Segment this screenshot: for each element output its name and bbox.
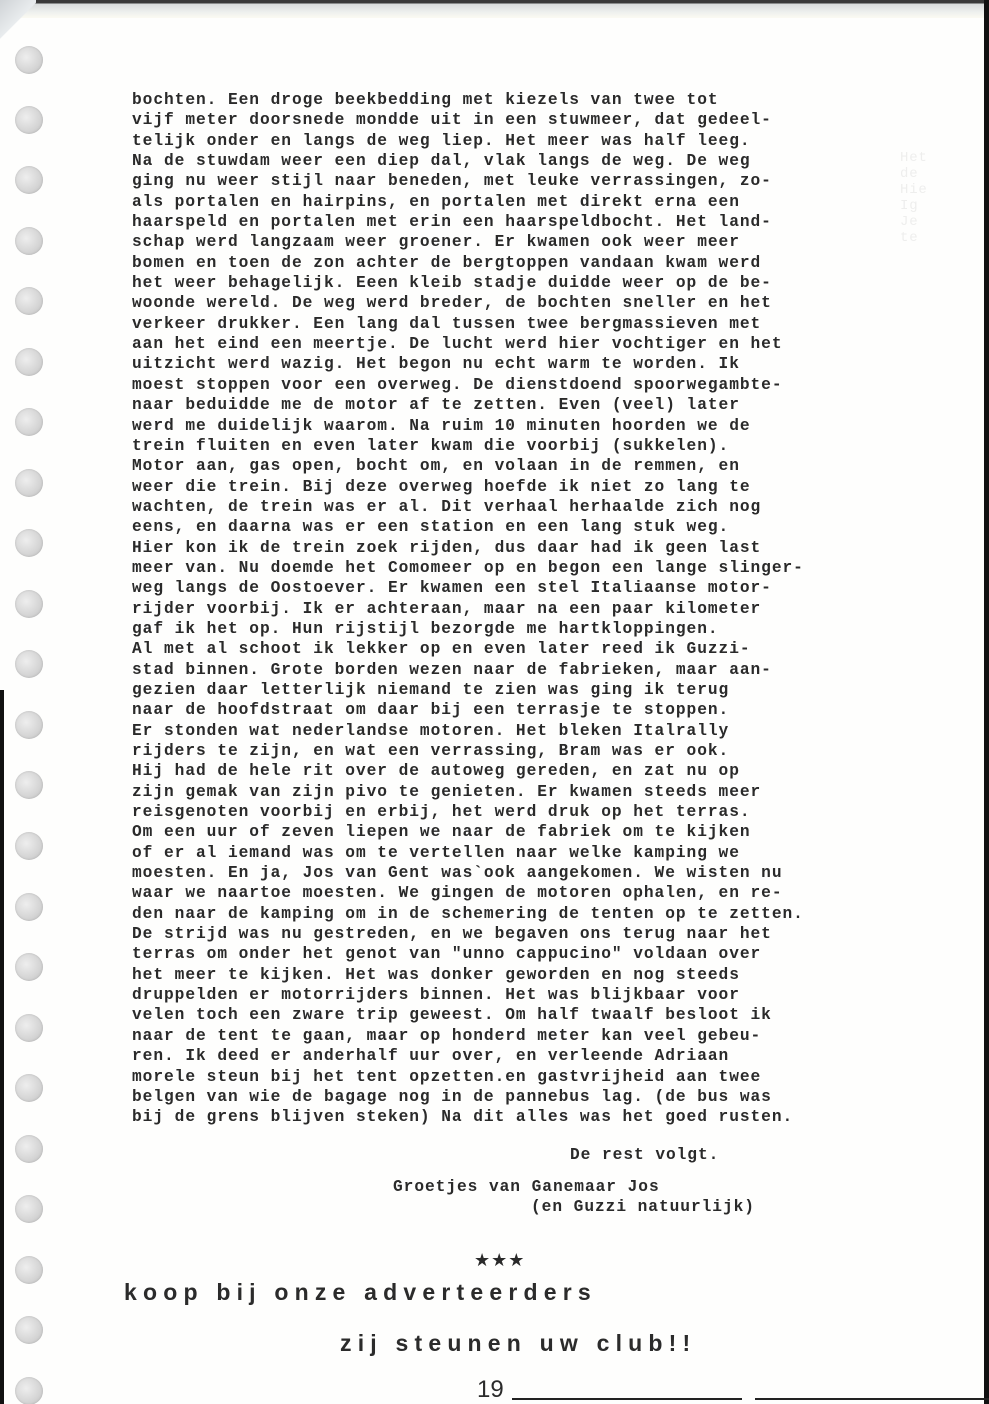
advertiser-slogan: koop bij onze adverteerders xyxy=(124,1279,597,1306)
body-line: rijders te zijn, en wat een verrassing, … xyxy=(132,741,922,761)
body-line: schap werd langzaam weer groener. Er kwa… xyxy=(132,232,922,252)
body-line: Hier kon ik de trein zoek rijden, dus da… xyxy=(132,538,922,558)
body-line: telijk onder en langs de weg liep. Het m… xyxy=(132,131,922,151)
body-line: trein fluiten en even later kwam die voo… xyxy=(132,436,922,456)
body-line: bochten. Een droge beekbedding met kieze… xyxy=(132,90,922,110)
page-number: 19 xyxy=(477,1376,504,1404)
binder-hole-icon xyxy=(15,1014,43,1042)
body-line: aan het eind een meertje. De lucht werd … xyxy=(132,334,922,354)
body-line: terras om onder het genot van "unno capp… xyxy=(132,944,922,964)
scan-top-edge xyxy=(0,0,989,18)
body-line: druppelden er motorrijders binnen. Het w… xyxy=(132,985,922,1005)
body-line: zijn gemak van zijn pivo te genieten. Er… xyxy=(132,782,922,802)
scan-left-edge xyxy=(0,690,4,1404)
body-line: Om een uur of zeven liepen we naar de fa… xyxy=(132,822,922,842)
binder-hole-icon xyxy=(15,771,43,799)
body-line: moest stoppen voor een overweg. De diens… xyxy=(132,375,922,395)
binder-hole-icon xyxy=(15,1195,43,1223)
page-corner-fold xyxy=(0,0,36,40)
signature-line-1: Groetjes van Ganemaar Jos xyxy=(393,1178,660,1196)
body-line: stad binnen. Grote borden wezen naar de … xyxy=(132,660,922,680)
body-line: uitzicht werd wazig. Het begon nu echt w… xyxy=(132,354,922,374)
body-line: Er stonden wat nederlandse motoren. Het … xyxy=(132,721,922,741)
body-line: vijf meter doorsnede mondde uit in een s… xyxy=(132,110,922,130)
support-club-slogan: zij steunen uw club!! xyxy=(340,1330,696,1357)
body-line: weg langs de Oostoever. Er kwamen een st… xyxy=(132,578,922,598)
body-line: De strijd was nu gestreden, en we begave… xyxy=(132,924,922,944)
body-line: meer van. Nu doemde het Comomeer op en b… xyxy=(132,558,922,578)
body-line: naar beduidde me de motor af te zetten. … xyxy=(132,395,922,415)
binder-hole-icon xyxy=(15,1316,43,1344)
article-body: bochten. Een droge beekbedding met kieze… xyxy=(132,90,922,1128)
binder-hole-icon xyxy=(15,469,43,497)
body-line: naar de hoofdstraat om daar bij een terr… xyxy=(132,700,922,720)
body-line: of er al iemand was om te vertellen naar… xyxy=(132,843,922,863)
binder-hole-icon xyxy=(15,106,43,134)
body-line: gaf ik het op. Hun rijstijl bezorgde me … xyxy=(132,619,922,639)
scanned-page: Het de Hie Ig Je te bochten. Een droge b… xyxy=(0,0,989,1404)
body-line: Na de stuwdam weer een diep dal, vlak la… xyxy=(132,151,922,171)
body-line: Hij had de hele rit over de autoweg gere… xyxy=(132,761,922,781)
body-line: het meer te kijken. Het was donker gewor… xyxy=(132,965,922,985)
body-line: rijder voorbij. Ik er achteraan, maar na… xyxy=(132,599,922,619)
binder-hole-icon xyxy=(15,166,43,194)
signature-line-2: (en Guzzi natuurlijk) xyxy=(531,1198,755,1216)
body-line: eens, en daarna was er een station en ee… xyxy=(132,517,922,537)
binder-hole-icon xyxy=(15,893,43,921)
body-line: ging nu weer stijl naar beneden, met leu… xyxy=(132,171,922,191)
binder-hole-icon xyxy=(15,711,43,739)
binder-hole-icon xyxy=(15,1074,43,1102)
body-line: weer die trein. Bij deze overweg hoefde … xyxy=(132,477,922,497)
body-line: Motor aan, gas open, bocht om, en volaan… xyxy=(132,456,922,476)
body-line: ren. Ik deed er anderhalf uur over, en v… xyxy=(132,1046,922,1066)
body-line: morele steun bij het tent opzetten.en ga… xyxy=(132,1067,922,1087)
body-line: woonde wereld. De weg werd breder, de bo… xyxy=(132,293,922,313)
binder-hole-icon xyxy=(15,1377,43,1404)
body-line: werd me duidelijk waarom. Na ruim 10 min… xyxy=(132,416,922,436)
body-line: den naar de kamping om in de schemering … xyxy=(132,904,922,924)
binder-hole-icon xyxy=(15,227,43,255)
bottom-rule-right xyxy=(755,1398,989,1400)
binder-hole-icon xyxy=(15,408,43,436)
scan-right-edge xyxy=(984,0,989,1404)
binder-hole-icon xyxy=(15,650,43,678)
body-line: het weer behagelijk. Eeen kleib stadje d… xyxy=(132,273,922,293)
body-line: gezien daar letterlijk niemand te zien w… xyxy=(132,680,922,700)
binder-hole-icon xyxy=(15,348,43,376)
body-line: reisgenoten voorbij en erbij, het werd d… xyxy=(132,802,922,822)
bottom-rule-left xyxy=(512,1398,742,1400)
body-line: haarspeld en portalen met erin een haars… xyxy=(132,212,922,232)
body-line: waar we naartoe moesten. We gingen de mo… xyxy=(132,883,922,903)
body-line: wachten, de trein was er al. Dit verhaal… xyxy=(132,497,922,517)
binder-hole-icon xyxy=(15,590,43,618)
body-line: belgen van wie de bagage nog in de panne… xyxy=(132,1087,922,1107)
binder-hole-icon xyxy=(15,46,43,74)
body-line: bij de grens blijven steken) Na dit alle… xyxy=(132,1107,922,1127)
closing-line: De rest volgt. xyxy=(570,1146,719,1164)
binder-hole-icon xyxy=(15,1256,43,1284)
body-line: naar de tent te gaan, maar op honderd me… xyxy=(132,1026,922,1046)
binder-hole-icon xyxy=(15,529,43,557)
body-line: verkeer drukker. Een lang dal tussen twe… xyxy=(132,314,922,334)
binder-hole-icon xyxy=(15,287,43,315)
body-line: velen toch een zware trip geweest. Om ha… xyxy=(132,1005,922,1025)
body-line: bomen en toen de zon achter de bergtoppe… xyxy=(132,253,922,273)
binder-hole-icon xyxy=(15,832,43,860)
body-line: moesten. En ja, Jos van Gent was`ook aan… xyxy=(132,863,922,883)
binder-hole-icon xyxy=(15,953,43,981)
stars-separator-icon: ★★★ xyxy=(474,1250,525,1271)
body-line: als portalen en hairpins, en portalen me… xyxy=(132,192,922,212)
binder-hole-icon xyxy=(15,1135,43,1163)
body-line: Al met al schoot ik lekker op en even la… xyxy=(132,639,922,659)
